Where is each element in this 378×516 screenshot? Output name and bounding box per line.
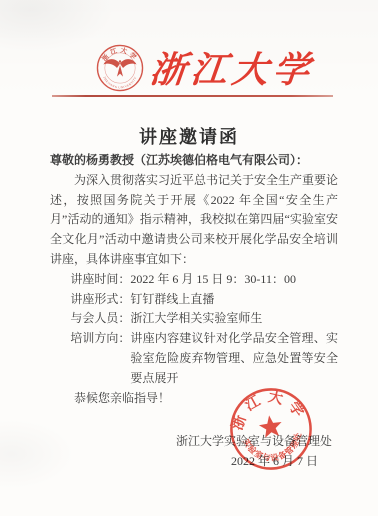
detail-label: 讲座时间：: [70, 270, 130, 290]
letterhead-divider: [52, 95, 333, 97]
seal-star-icon: [258, 414, 284, 439]
svg-text:浙江大学: 浙江大学: [100, 45, 141, 63]
detail-label: 讲座形式：: [70, 290, 130, 310]
intro-paragraph: 为深入贯彻落实习近平总书记关于安全生产重要论述，按照国务院关于开展《2022 年…: [50, 171, 338, 270]
greeting-line: 尊敬的杨勇教授（江苏埃德伯格电气有限公司）：: [50, 151, 338, 171]
letter-title: 讲座邀请函: [0, 123, 378, 149]
detail-value: 钉钉群线上直播: [130, 290, 338, 310]
seal-bottom-arc-text: 实验室与设备管理处: [241, 430, 307, 467]
university-logo-icon: 浙江大学 ZHEJIANG UNIVERSITY: [94, 42, 146, 94]
detail-label: 与会人员：: [70, 309, 130, 329]
university-brand-calligraphy: 浙江大学: [147, 44, 337, 96]
detail-row-attendees: 与会人员： 浙江大学相关实验室师生: [70, 309, 338, 329]
svg-text:实验室与设备管理处: 实验室与设备管理处: [241, 430, 307, 467]
detail-row-time: 讲座时间： 2022 年 6 月 15 日 9：30-11：00: [70, 270, 338, 290]
detail-row-topic: 培训方向： 讲座内容建议针对化学品安全管理、实验室危险废弃物管理、应急处置等安全…: [70, 329, 338, 388]
detail-row-format: 讲座形式： 钉钉群线上直播: [70, 290, 338, 310]
eagle-icon: [104, 59, 137, 76]
lecture-details: 讲座时间： 2022 年 6 月 15 日 9：30-11：00 讲座形式： 钉…: [70, 270, 338, 389]
logo-top-arc-text: 浙江大学: [100, 45, 141, 63]
detail-label: 培训方向：: [70, 329, 130, 388]
detail-value: 浙江大学相关实验室师生: [130, 309, 338, 329]
invitation-letter-page: 浙江大学 ZHEJIANG UNIVERSITY 浙江大学 讲座邀请函 尊敬的杨…: [0, 0, 378, 516]
official-seal: 浙江大学 实验室与设备管理处: [222, 380, 319, 477]
detail-value: 2022 年 6 月 15 日 9：30-11：00: [130, 270, 338, 290]
